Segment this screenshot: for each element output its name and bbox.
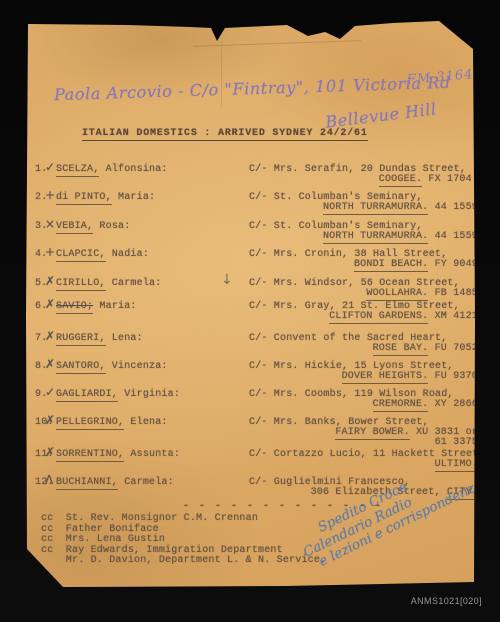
list-entry: 3. × VEBIA, Rosa: C/- St. Columban's Sem…	[25, 222, 477, 244]
list-entry: 9. ✓ GAGLIARDI, Virginia: C/- Mrs. Coomb…	[25, 390, 477, 412]
address-locality: COOGEE.	[379, 174, 422, 187]
entry-given-name: Alfonsina:	[99, 164, 167, 175]
entry-address: C/- St. Columban's Seminary, NORTH TURRA…	[249, 193, 480, 213]
entry-address: C/- Convent of the Sacred Heart, ROSE BA…	[249, 334, 480, 354]
entry-address: C/- Mrs. Serafin, 20 Dundas Street, COOG…	[249, 165, 480, 185]
entry-surname: CLAPCIC,	[56, 249, 106, 262]
pencil-check-mark: +	[45, 190, 55, 200]
pencil-check-mark: ✗	[45, 299, 55, 309]
list-entry: 1. ✓ SCELZA, Alfonsina: C/- Mrs. Serafin…	[25, 165, 477, 187]
address-locality: CLIFTON GARDENS.	[329, 311, 428, 324]
entry-name: SANTORO, Vincenza:	[56, 362, 168, 372]
handwritten-suburb: Bellevue Hill	[324, 99, 437, 132]
entry-surname: di PINTO,	[56, 192, 112, 205]
list-entry: 5. ✗ CIRILLO, Carmela: C/- Mrs. Windsor,…	[25, 279, 477, 301]
entry-given-name: Rosa:	[93, 221, 130, 232]
entry-surname: VEBIA,	[56, 221, 93, 234]
list-entry: 11. ✗ SORRENTINO, Assunta: C/- Cortazzo …	[25, 450, 477, 472]
entry-given-name: Virginia:	[118, 389, 180, 400]
pencil-check-mark: ✓	[45, 387, 55, 397]
entry-name: VEBIA, Rosa:	[56, 222, 130, 232]
address-line2: NORTH TURRAMURRA. 44 1559	[249, 232, 480, 242]
entry-surname: BUCHIANNI,	[56, 477, 118, 490]
entry-address: C/- Mrs. Windsor, 56 Ocean Street, WOOLL…	[249, 279, 480, 299]
list-entry: 7. ✗ RUGGERI, Lena: C/- Convent of the S…	[25, 334, 477, 356]
entry-name: GAGLIARDI, Virginia:	[56, 390, 180, 400]
entry-surname: SCELZA,	[56, 164, 99, 177]
entry-name: CLAPCIC, Nadia:	[56, 250, 149, 260]
entry-address: C/- Mrs. Coombs, 119 Wilson Road, CREMOR…	[249, 390, 480, 410]
document-paper: FM 3164 Paola Arcovio - C/o "Fintray", 1…	[25, 16, 477, 594]
address-line2: ROSE BAY. FU 7052	[249, 344, 480, 354]
entry-name: RUGGERI, Lena:	[56, 334, 143, 344]
archive-label: ANMS1021[020]	[411, 596, 482, 606]
page-title: ITALIAN DOMESTICS : ARRIVED SYDNEY 24/2/…	[82, 129, 368, 141]
entry-given-name: Maria:	[93, 301, 136, 312]
entry-given-name: Maria:	[112, 192, 155, 203]
entry-given-name: Carmela:	[118, 477, 174, 488]
entry-name: SAVIO; Maria:	[56, 302, 137, 312]
list-entry: 6. ✗ SAVIO; Maria: C/- Mrs. Gray, 21 St.…	[25, 302, 477, 324]
cc-line: Mr. D. Davion, Department L. & N. Servic…	[41, 556, 326, 567]
cc-line: cc St. Rev. Monsignor C.M. Crennan	[41, 514, 326, 525]
entry-address: C/- Mrs. Cronin, 38 Hall Street, BONDI B…	[249, 250, 480, 270]
entry-given-name: Assunta:	[124, 449, 180, 460]
address-line2: CLIFTON GARDENS. XM 4121	[249, 312, 480, 322]
entry-surname: RUGGERI,	[56, 333, 106, 346]
pencil-check-mark: Λ	[45, 475, 53, 485]
pencil-check-mark: ✗	[45, 276, 55, 286]
address-line2: WOOLLAHRA. FB 1485	[249, 289, 480, 299]
entry-address: C/- Mrs. Banks, Bower Street, FAIRY BOWE…	[249, 418, 480, 448]
entry-given-name: Carmela:	[106, 278, 162, 289]
entry-name: CIRILLO, Carmela:	[56, 279, 161, 289]
entry-given-name: Elena:	[124, 417, 167, 428]
entry-name: PELLEGRINO, Elena:	[56, 418, 168, 428]
address-line2: NORTH TURRAMURRA. 44 1559	[249, 203, 480, 213]
entry-address: C/- Mrs. Hickie, 15 Lyons Street, DOVER …	[249, 362, 480, 382]
address-line3: 61 3375	[249, 438, 480, 448]
entry-surname: SAVIO;	[56, 301, 93, 314]
entry-address: C/- Mrs. Gray, 21 St. Elmo Street, CLIFT…	[249, 302, 480, 322]
address-locality: NORTH TURRAMURRA.	[323, 202, 428, 215]
address-locality: ROSE BAY.	[373, 343, 429, 356]
list-entry: 8. ✗ SANTORO, Vincenza: C/- Mrs. Hickie,…	[25, 362, 477, 384]
pencil-check-mark: ✗	[45, 359, 55, 369]
entry-name: SORRENTINO, Assunta:	[56, 450, 180, 460]
pencil-check-mark: ✗	[45, 331, 55, 341]
list-entry: 10. ✗ PELLEGRINO, Elena: C/- Mrs. Banks,…	[25, 418, 477, 440]
address-locality: CREMORNE.	[373, 399, 429, 412]
entry-given-name: Nadia:	[106, 249, 149, 260]
pencil-check-mark: ✓	[45, 162, 55, 172]
photo-background: FM 3164 Paola Arcovio - C/o "Fintray", 1…	[0, 0, 500, 622]
entry-surname: CIRILLO,	[56, 278, 106, 291]
list-entry: 4. + CLAPCIC, Nadia: C/- Mrs. Cronin, 38…	[25, 250, 477, 272]
entry-given-name: Lena:	[106, 333, 143, 344]
entry-surname: PELLEGRINO,	[56, 417, 124, 430]
address-locality: FAIRY BOWER.	[335, 427, 409, 440]
entry-name: BUCHIANNI, Carmela:	[56, 478, 174, 488]
cc-list: cc St. Rev. Monsignor C.M. Crennancc Fat…	[41, 514, 326, 567]
entry-name: SCELZA, Alfonsina:	[56, 165, 168, 175]
entry-surname: SORRENTINO,	[56, 449, 124, 462]
pencil-arrow-mark: ↓	[221, 272, 233, 288]
pencil-check-mark: ✗	[45, 415, 55, 425]
entry-given-name: Vincenza:	[106, 361, 168, 372]
address-line2: CREMORNE. XY 2866	[249, 400, 480, 410]
entry-surname: GAGLIARDI,	[56, 389, 118, 402]
pencil-check-mark: ×	[45, 219, 55, 229]
entry-name: di PINTO, Maria:	[56, 193, 155, 203]
entry-address: C/- St. Columban's Seminary, NORTH TURRA…	[249, 222, 480, 242]
pencil-check-mark: ✗	[45, 447, 55, 457]
address-locality: DOVER HEIGHTS.	[342, 371, 429, 384]
address-line2: BONDI BEACH. FY 9049	[249, 260, 480, 270]
entry-surname: SANTORO,	[56, 361, 106, 374]
handwritten-name-address: Paola Arcovio - C/o "Fintray", 101 Victo…	[54, 73, 451, 104]
address-locality: BONDI BEACH.	[354, 259, 428, 272]
paper-crease	[193, 40, 361, 47]
list-entry: 2. + di PINTO, Maria: C/- St. Columban's…	[25, 193, 477, 215]
address-line2: COOGEE. FX 1704.	[249, 175, 480, 185]
address-line2: DOVER HEIGHTS. FU 9370	[249, 372, 480, 382]
pencil-check-mark: +	[45, 247, 55, 257]
address-locality: WOOLLAHRA.	[366, 288, 428, 301]
address-locality: NORTH TURRAMURRA.	[323, 231, 428, 244]
